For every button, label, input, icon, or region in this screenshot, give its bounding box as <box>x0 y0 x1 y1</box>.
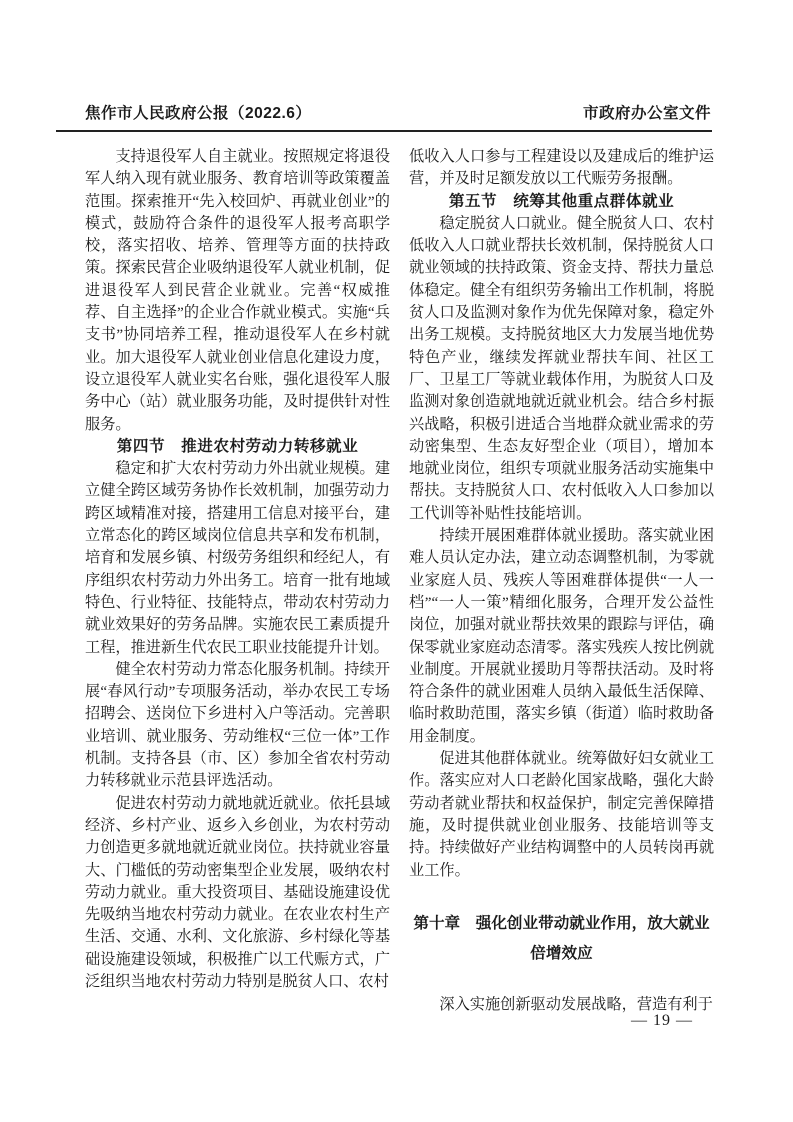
paragraph: 稳定脱贫人口就业。健全脱贫人口、农村低收入人口就业帮扶长效机制，保持脱贫人口就业… <box>409 213 714 525</box>
header-document-type: 市政府办公室文件 <box>583 101 711 123</box>
header-publication-title: 焦作市人民政府公报（2022.6） <box>85 101 311 123</box>
paragraph: 持续开展困难群体就业援助。落实就业困难人员认定办法，建立动态调整机制，为零就业家… <box>409 525 714 748</box>
paragraph: 促进其他群体就业。统筹做好妇女就业工作。落实应对人口老龄化国家战略，强化大龄劳动… <box>409 748 714 882</box>
right-column: 低收入人口参与工程建设以及建成后的维护运营，并及时足额发放以工代赈劳务报酬。第五… <box>409 146 714 1016</box>
paragraph: 低收入人口参与工程建设以及建成后的维护运营，并及时足额发放以工代赈劳务报酬。 <box>409 146 714 191</box>
page-number: — 19 — <box>631 1012 693 1030</box>
paragraph: 促进农村劳动力就地就近就业。依托县域经济、乡村产业、返乡入乡创业，为农村劳动力创… <box>85 793 390 994</box>
document-page: 焦作市人民政府公报（2022.6） 市政府办公室文件 支持退役军人自主就业。按照… <box>0 0 793 1122</box>
header-rule <box>56 130 712 132</box>
paragraph: 支持退役军人自主就业。按照规定将退役军人纳入现有就业服务、教育培训等政策覆盖范围… <box>85 146 390 436</box>
paragraph: 健全农村劳动力常态化服务机制。持续开展“春风行动”专项服务活动，举办农民工专场招… <box>85 659 390 793</box>
page-header: 焦作市人民政府公报（2022.6） 市政府办公室文件 <box>85 101 711 123</box>
section-heading: 第四节 推进农村劳动力转移就业 <box>85 436 390 458</box>
left-column: 支持退役军人自主就业。按照规定将退役军人纳入现有就业服务、教育培训等政策覆盖范围… <box>85 146 390 993</box>
section-heading: 第五节 统筹其他重点群体就业 <box>409 191 714 213</box>
paragraph: 稳定和扩大农村劳动力外出就业规模。建立健全跨区域劳务协作长效机制，加强劳动力跨区… <box>85 458 390 659</box>
chapter-heading: 第十章 强化创业带动就业作用，放大就业倍增效应 <box>409 909 714 969</box>
